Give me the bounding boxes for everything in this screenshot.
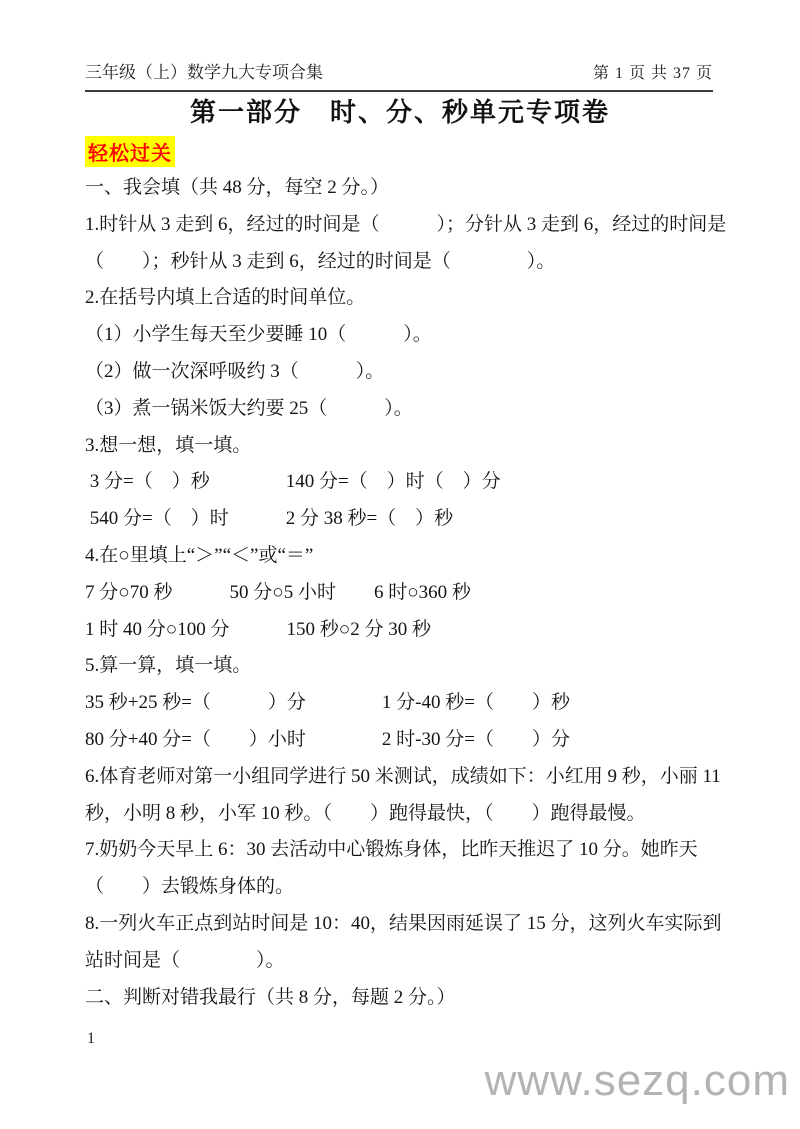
- section-2-heading: 二、判断对错我最行（共 8 分，每题 2 分。）: [85, 980, 725, 1017]
- q4-row-1: 7 分○70 秒 50 分○5 小时 6 时○360 秒: [85, 575, 725, 612]
- q1-line-2: （ ）；秒针从 3 走到 6，经过的时间是（ ）。: [85, 244, 725, 281]
- page-title: 第一部分 时、分、秒单元专项卷: [0, 92, 800, 129]
- q6-line-1: 6.体育老师对第一小组同学进行 50 米测试，成绩如下：小红用 9 秒，小丽 1…: [85, 759, 725, 796]
- q1-line-1: 1.时针从 3 走到 6，经过的时间是（ ）；分针从 3 走到 6，经过的时间是: [85, 207, 725, 244]
- q8-line-2: 站时间是（ ）。: [85, 943, 725, 980]
- page-header: 三年级（上）数学九大专项合集 第 1 页 共 37 页: [85, 58, 713, 92]
- q5-row-2: 80 分+40 分=（ ）小时 2 时-30 分=（ ）分: [85, 722, 725, 759]
- q2-item-2: （2）做一次深呼吸约 3（ ）。: [85, 354, 725, 391]
- q2-item-1: （1）小学生每天至少要睡 10（ ）。: [85, 317, 725, 354]
- header-page-indicator: 第 1 页 共 37 页: [593, 60, 713, 83]
- q3-row-1: 3 分=（ ）秒 140 分=（ ）时（ ）分: [85, 464, 725, 501]
- q4-row-2: 1 时 40 分○100 分 150 秒○2 分 30 秒: [85, 612, 725, 649]
- q3-row-2: 540 分=（ ）时 2 分 38 秒=（ ）秒: [85, 501, 725, 538]
- q5-row-1: 35 秒+25 秒=（ ）分 1 分-40 秒=（ ）秒: [85, 685, 725, 722]
- q6-line-2: 秒，小明 8 秒，小军 10 秒。（ ）跑得最快，（ ）跑得最慢。: [85, 796, 725, 833]
- q8-line-1: 8.一列火车正点到站时间是 10：40，结果因雨延误了 15 分，这列火车实际到: [85, 906, 725, 943]
- worksheet-page: 三年级（上）数学九大专项合集 第 1 页 共 37 页 第一部分 时、分、秒单元…: [0, 0, 800, 1129]
- section-badge: 轻松过关: [85, 136, 175, 167]
- section-1-heading: 一、我会填（共 48 分，每空 2 分。）: [85, 170, 725, 207]
- page-number: 1: [87, 1030, 95, 1048]
- q7-line-2: （ ）去锻炼身体的。: [85, 869, 725, 906]
- q2-item-3: （3）煮一锅米饭大约要 25（ ）。: [85, 391, 725, 428]
- q5-intro: 5.算一算，填一填。: [85, 648, 725, 685]
- header-booklet-title: 三年级（上）数学九大专项合集: [85, 58, 323, 83]
- watermark: www.sezq.com: [485, 1056, 790, 1106]
- q3-intro: 3.想一想，填一填。: [85, 428, 725, 465]
- worksheet-body: 一、我会填（共 48 分，每空 2 分。） 1.时针从 3 走到 6，经过的时间…: [85, 170, 725, 1016]
- badge-row: 轻松过关: [85, 136, 175, 167]
- q2-intro: 2.在括号内填上合适的时间单位。: [85, 280, 725, 317]
- q7-line-1: 7.奶奶今天早上 6：30 去活动中心锻炼身体，比昨天推迟了 10 分。她昨天: [85, 832, 725, 869]
- q4-intro: 4.在○里填上“＞”“＜”或“＝”: [85, 538, 725, 575]
